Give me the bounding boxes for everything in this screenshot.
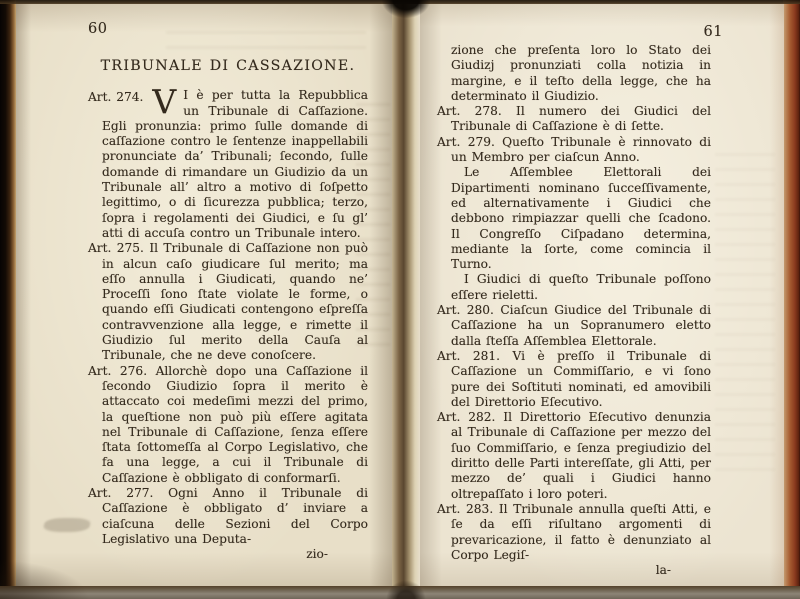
article-text: Allorchè dopo una Caſſazione il ſecondo … bbox=[102, 364, 368, 485]
article-label: Art. 276. bbox=[88, 364, 147, 378]
article-276: Art. 276. Allorchè dopo una Caſſazione i… bbox=[102, 364, 368, 486]
article-label: Art. 279. bbox=[437, 135, 495, 149]
gutter-top-shadow bbox=[382, 0, 430, 18]
page-60: 60 TRIBUNALE DI CASSAZIONE. Art. 274.VI … bbox=[16, 3, 392, 587]
article-279-paragraph: Le Aſſemblee Elettorali dei Dipartimenti… bbox=[451, 165, 711, 272]
chapter-heading: TRIBUNALE DI CASSAZIONE. bbox=[88, 59, 368, 74]
page-number: 61 bbox=[704, 25, 723, 40]
book-gutter bbox=[392, 3, 420, 587]
article-281: Art. 281. Vi è preſſo il Tribunale di Ca… bbox=[451, 349, 711, 410]
article-274-prefix: Art. 274.V bbox=[88, 88, 183, 116]
article-279-paragraph: I Giudici di queſto Tribunale poſſono eſ… bbox=[451, 272, 711, 303]
page-61-text-column: 61 zione che preſenta loro lo Stato dei … bbox=[437, 3, 711, 587]
dropcap-initial: V bbox=[152, 88, 176, 115]
show-through-ghost bbox=[43, 518, 92, 532]
article-274: Art. 274.VI è per tutta la Repubblica un… bbox=[102, 88, 368, 241]
page-number: 60 bbox=[88, 22, 107, 37]
article-label: Art. 280. bbox=[437, 303, 494, 317]
article-282: Art. 282. Il Direttorio Eſecutivo denunz… bbox=[451, 410, 711, 502]
catchword: zio- bbox=[88, 547, 368, 562]
catchword: la- bbox=[437, 563, 711, 578]
article-277: Art. 277. Ogni Anno il Tribunale di Caſſ… bbox=[102, 486, 368, 547]
page-60-text-column: 60 TRIBUNALE DI CASSAZIONE. Art. 274.VI … bbox=[88, 3, 368, 587]
article-label: Art. 278. bbox=[437, 104, 502, 118]
show-through-ghost bbox=[715, 153, 775, 483]
article-label: Art. 275. bbox=[88, 241, 144, 255]
bottom-left-shadow bbox=[0, 560, 90, 599]
book-binding-edge bbox=[0, 0, 16, 599]
article-275: Art. 275. Il Tribunale di Caſſazione non… bbox=[102, 241, 368, 363]
article-label: Art. 277. bbox=[88, 486, 153, 500]
page-61: 61 zione che preſenta loro lo Stato dei … bbox=[420, 3, 784, 587]
article-283: Art. 283. Il Tribunale annulla queſti At… bbox=[451, 502, 711, 563]
book-cover-right-edge bbox=[783, 0, 800, 599]
article-280: Art. 280. Ciaſcun Giudice del Tribunale … bbox=[451, 303, 711, 349]
gutter-bottom-shadow bbox=[386, 580, 426, 599]
article-label: Art. 274. bbox=[88, 88, 143, 105]
article-279: Art. 279. Queſto Tribunale è rinnovato d… bbox=[451, 135, 711, 166]
article-label: Art. 283. bbox=[437, 502, 493, 516]
article-text: Il Tribunale di Caſſazione non può in al… bbox=[102, 241, 368, 362]
article-278: Art. 278. Il numero dei Giudici del Trib… bbox=[451, 104, 711, 135]
book-scan: 60 TRIBUNALE DI CASSAZIONE. Art. 274.VI … bbox=[0, 0, 800, 599]
article-label: Art. 281. bbox=[437, 349, 500, 363]
continuation-paragraph: zione che preſenta loro lo Stato dei Giu… bbox=[451, 43, 711, 104]
article-label: Art. 282. bbox=[437, 410, 495, 424]
